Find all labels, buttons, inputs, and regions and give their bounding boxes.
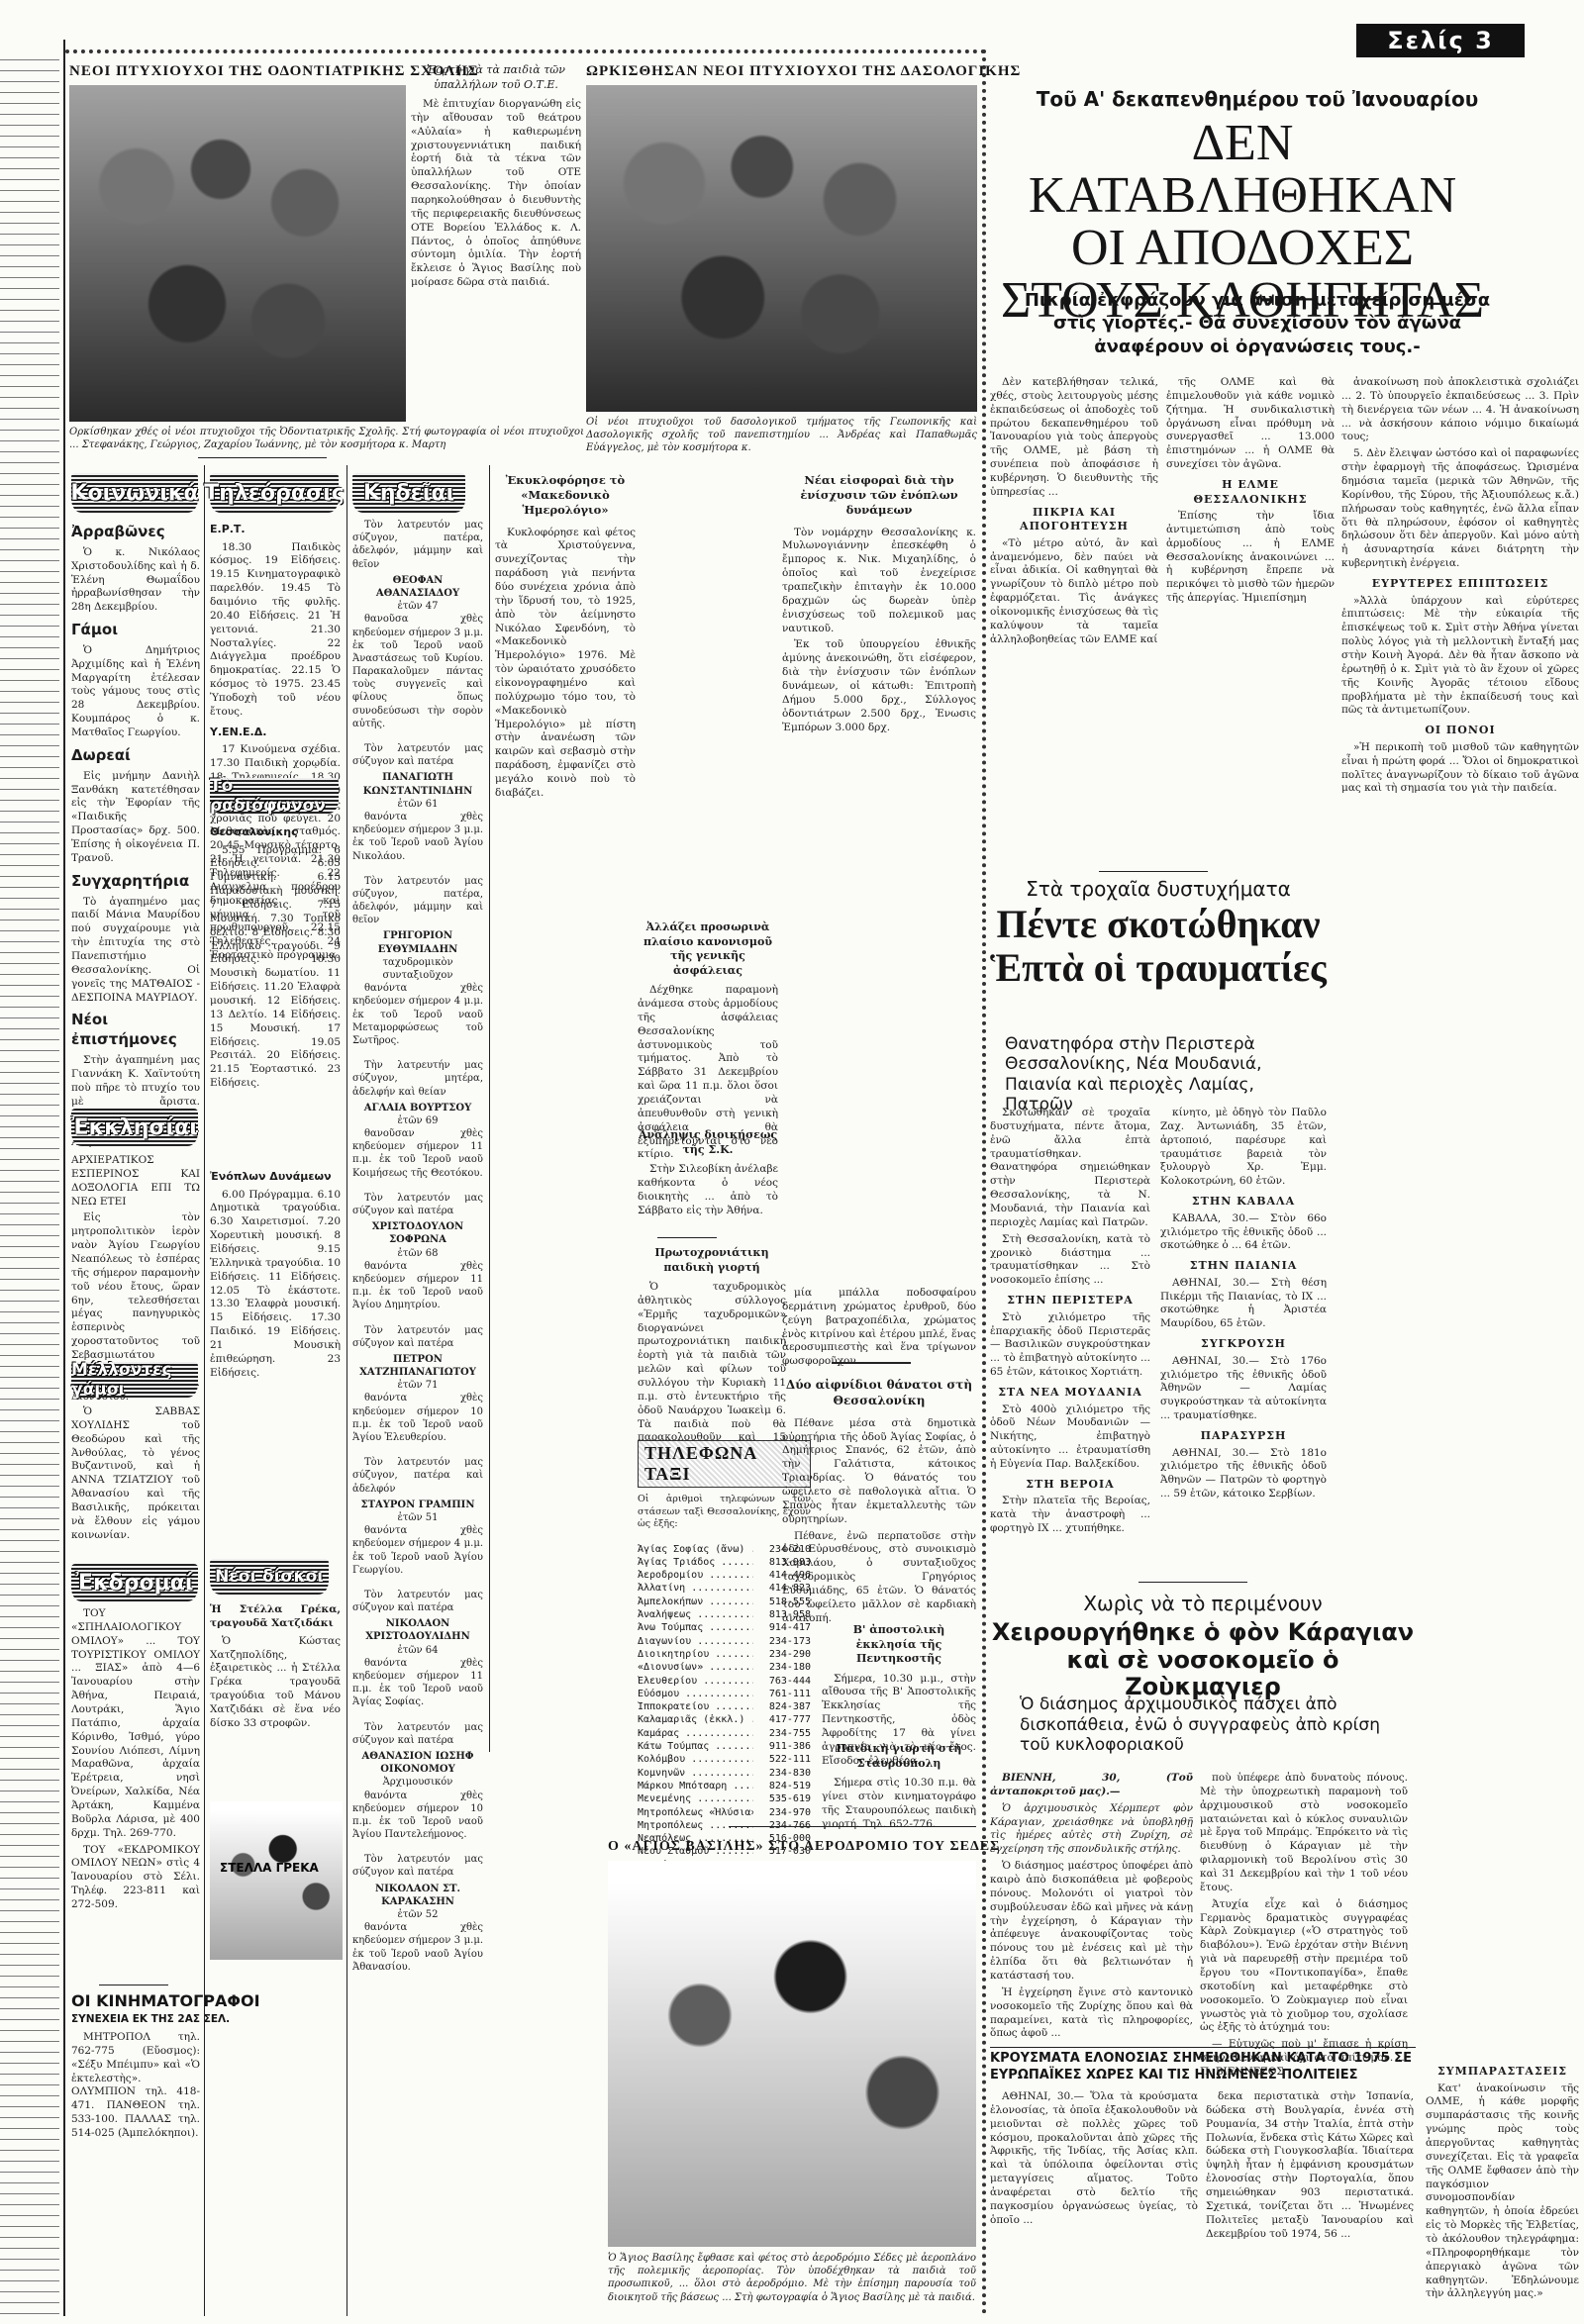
ekdromai-text: ΤΟΥ «ΣΠΗΛΑΙΟΛΟΓΙΚΟΥ ΟΜΙΛΟΥ» ... ΤΟΥ ΤΟΥΡ… (71, 1607, 200, 1841)
thysia-headline: Ἀνάληψις διοικήσεως τῆς Σ.Κ. (638, 1128, 778, 1157)
imerologio-article: Ἐκυκλοφόρησε τὸ «Μακεδονικὸ Ἡμερολόγιο» … (495, 473, 636, 804)
funeral-intro: Τὸν λατρευτόν μας σύζυγον καὶ πατέρα (352, 1324, 483, 1350)
taxi-row: Καλαμαριᾶς (ἐκκλ.)417-777 (638, 1713, 811, 1726)
lead-col3-text: ἀνακοίνωση ποὺ ἀποκλειστικὰ σχολιάζει ..… (1341, 376, 1579, 444)
subhead-moudania: ΣΤΑ ΝΕΑ ΜΟΥΔΑΝΙΑ (990, 1386, 1150, 1401)
radio-section-text: 5.55 Πρόγραμμα. 6 Εἰδήσεις. 6.05 Γυμναστ… (210, 844, 341, 1091)
accidents-col2-text: κίνητο, μὲ ὁδηγὸ τὸν Παῦλο Ζαχ. Ἀντωνιάδ… (1160, 1107, 1327, 1189)
subhead-kavala: ΣΤΗΝ ΚΑΒΑΛΑ (1160, 1195, 1327, 1210)
eisfora-headline: Νέαι εἰσφοραὶ διὰ τὴν ἐνίσχυσιν τῶν ἐνόπ… (782, 473, 976, 519)
protochronia-article: Πρωτοχρονιάτικη παιδικὴ γιορτή Ὁ ταχυδρο… (638, 1237, 786, 1462)
text-paiania: ΑΘΗΝΑΙ, 30.— Στὴ θέση Πικέρμι τῆς Παιανί… (1160, 1277, 1327, 1331)
radiofonon-banner: Τὸ ραδιόφωνον (210, 778, 339, 814)
malaria-column-2: δεκα περιστατικὰ στὴν Ἰσπανία, δώδεκα στ… (1206, 2090, 1414, 2244)
funeral-text: θανοῦσα χθὲς κηδεύομεν σήμερον 3 μ.μ. ἐκ… (352, 613, 483, 730)
karajan-dateline: ΒΙΕΝΝΗ, 30, (Τοῦ ἀνταποκριτοῦ μας).— (990, 1772, 1193, 1799)
funeral-intro: Τὸν λατρευτόν μας σύζυγον καὶ πατέρα (352, 1589, 483, 1614)
taxi-row: Διαγωνίου234-173 (638, 1635, 811, 1648)
sympatheia-section: ΣΥΜΠΑΡΑΣΤΑΣΕΙΣ Κατ' ἀνακοίνωσιν τῆς ΟΛΜΕ… (1426, 2059, 1579, 2304)
radio-section-title: Θεσσαλονίκης (210, 825, 341, 840)
subhead-parasyrsi: ΠΑΡΑΣΥΡΣΗ (1160, 1429, 1327, 1444)
eisfora-article: Νέαι εἰσφοραὶ διὰ τὴν ἐνίσχυσιν τῶν ἐνόπ… (782, 473, 976, 737)
decorative-border-right (982, 49, 988, 2316)
malaria-headline: ΚΡΟΥΣΜΑΤΑ ΕΛΟΝΟΣΙΑΣ ΣΗΜΕΙΩΘΗΚΑΝ ΚΑΤΑ ΤΟ … (990, 2051, 1416, 2084)
gutter-rule (63, 40, 65, 2316)
ekklisiai-banner: Ἐκκλησίαι (71, 1109, 198, 1146)
caption-divider (198, 457, 327, 458)
lead-kicker: Τοῦ Α' δεκαπενθημέρου τοῦ Ἰανουαρίου (1020, 87, 1495, 111)
thanatoi-text-2: Πέθανε, ἐνῶ περπατοῦσε στὴν ὁδὸ Εὐρυσθέν… (782, 1530, 976, 1626)
accidents-headline: Πέντε σκοτώθηκαν Ἑπτὰ οἱ τραυματίες (990, 903, 1327, 990)
ekdromai-banner: Ἐκδρομαί (71, 1564, 198, 1601)
neoi-diskoi-title: Ἡ Στέλλα Γρέκα, τραγουδᾶ Χατζιδάκι (210, 1603, 341, 1631)
funeral-name: ΘΕΟΦΑΝ ΑΘΑΝΑΣΙΑΔΟΥ (352, 574, 483, 600)
koinonika-section: Συγχαρητήρια Τὸ ἀγαπημένο μας παιδί Μάνι… (71, 872, 200, 1006)
lead-story-end-rule (1099, 871, 1208, 872)
funeral-name: ΧΡΙΣΤΟΔΟΥΛΟΝ ΣΟΦΡΩΝΑ (352, 1220, 483, 1246)
album-cover-photo: ΣΤΕΛΛΑ ΓΡΕΚΑ (210, 1801, 343, 1960)
apostoli-headline: Β' ἀποστολικὴ ἐκκλησία τῆς Πεντηκοστῆς (822, 1623, 976, 1667)
koinonika-section-title: Ἀρραβῶνες (71, 523, 200, 542)
article-divider (832, 1362, 911, 1364)
decorative-border-top (65, 49, 986, 55)
karajan-kicker: Χωρὶς νὰ τὸ περιμένουν (990, 1592, 1416, 1615)
ekklisiai-banner-text: Ἐκκλησίαι (71, 1115, 198, 1140)
agios-vasilis-headline: Ο «ΑΓΙΟΣ ΒΑΣΙΛΗΣ» ΣΤΟ ΑΕΡΟΔΡΟΜΙΟ ΤΟΥ ΣΕΔ… (608, 1839, 976, 1855)
ert-program: 18.30 Παιδικὸς κόσμος. 19 Εἰδήσεις. 19.1… (210, 541, 341, 720)
karajan-divider (1138, 1582, 1247, 1583)
radiofonon-column: Θεσσαλονίκης 5.55 Πρόγραμμα. 6 Εἰδήσεις.… (210, 820, 341, 1384)
page-label-text: Σελίς 3 (1387, 27, 1494, 54)
lead-column-1: Δὲν κατεβλήθησαν τελικά, χθές, στοὺς λει… (990, 376, 1158, 650)
taxi-row: Κομνηνῶν234-830 (638, 1767, 811, 1780)
koinonika-section: Γάμοι Ὁ Δημήτριος Ἀρχιμίδης καὶ ἡ Ἑλένη … (71, 621, 200, 740)
funeral-name: ΠΑΝΑΓΙΩΤΗ ΚΩΝΣΤΑΝΤΙΝΙΔΗΝ (352, 771, 483, 797)
karajan-col1-text-2: Ὁ διάσημος μαέστρος ὑποφέρει ἀπὸ καιρὸ ἀ… (990, 1860, 1193, 1984)
thanatoi-headline: Δύο αἰφνίδιοι θάνατοι στὴ Θεσσαλονίκη (782, 1378, 976, 1409)
dental-photo-caption: Ορκίσθηκαν χθές οἱ νέοι πτυχιοῦχοι τῆς Ὀ… (69, 426, 584, 451)
funeral-age: ἐτῶν 71 (352, 1379, 483, 1392)
lead-col2-text-2: Ἐπίσης τὴν ἴδια ἀντιμετώπιση ἀπὸ τοὺς ἀρ… (1166, 510, 1335, 606)
taxi-row: Κάτω Τούμπας911-386 (638, 1740, 811, 1753)
koinonika-section-text: Ὁ κ. Νικόλαος Χριστοδουλίδης καὶ ἡ δ. Ἑλ… (71, 546, 200, 615)
accidents-column-2: κίνητο, μὲ ὁδηγὸ τὸν Παῦλο Ζαχ. Ἀντωνιάδ… (1160, 1107, 1327, 1504)
lead-col2-text: τῆς ΟΛΜΕ καὶ θὰ ἐπιμελουθοῦν γιὰ κάθε νο… (1166, 376, 1335, 472)
ote-article-body: Μὲ ἐπιτυχίαν διοργανώθη εἰς τὴν αἴθουσαν… (411, 98, 581, 290)
funeral-age: ἐτῶν 52 (352, 1908, 483, 1921)
lead-col1-text-2: «Τὸ μέτρο αὐτό, ἂν καὶ ἀναμενόμενο, δὲν … (990, 537, 1158, 647)
tileorasis-banner: Τηλεόρασις (210, 473, 339, 513)
koinonika-section-title: Συγχαρητήρια (71, 872, 200, 892)
cinema-listings-text: ΜΗΤΡΟΠΟΛ τηλ. 762-775 (Εὔοσμος): «Σέξυ Μ… (71, 2031, 200, 2141)
funeral-name: ΣΤΑΥΡΟΝ ΓΡΑΜΠΙΝ (352, 1499, 483, 1511)
theft-article-tail: μία μπάλλα ποδοσφαίρου δερμάτινη χρώματο… (782, 1287, 976, 1372)
forestry-graduates-photo (586, 85, 977, 412)
funeral-intro: Τὸν λατρευτόν μας σύζυγον, πατέρα, ἀδελφ… (352, 519, 483, 571)
mellontes-gamoi-banner: Μέλλοντες γάμοι (71, 1362, 198, 1398)
funeral-name: ΑΘΑΝΑΣΙΟΝ ΙΩΣΗΦ ΟΙΚΟΝΟΜΟΥ (352, 1750, 483, 1776)
funeral-name: ΝΙΚΟΛΑΟΝ ΧΡΙΣΤΟΔΟΥΛΙΔΗΝ (352, 1617, 483, 1643)
lead-col3-text-2: 5. Δὲν ἔλειψαν ὡστόσο καὶ οἱ παραφωνίες … (1341, 447, 1579, 571)
forestry-photo-headline: ΩΡΚΙΣΘΗΣΑΝ ΝΕΟΙ ΠΤΥΧΙΟΥΧΟΙ ΤΗΣ ΔΑΣΟΛΟΓΙΚ… (586, 63, 982, 80)
ekdromai-banner-text: Ἐκδρομαί (76, 1571, 194, 1596)
koinonika-section-title: Δωρεαί (71, 746, 200, 766)
lead-headline-line: ΔΕΝ ΚΑΤΑΒΛΗΘΗΚΑΝ (990, 117, 1495, 222)
ote-article-headline: Ἑορτή γιὰ τὰ παιδιὰ τῶν ὑπαλλήλων τοῦ Ο.… (411, 63, 581, 92)
funeral-name: ΠΕΤΡΟΝ ΧΑΤΖΗΠΑΝΑΓΙΩΤΟΥ (352, 1353, 483, 1379)
lead-col3-subhead: ΕΥΡΥΤΕΡΕΣ ΕΠΙΠΤΩΣΕΙΣ (1341, 577, 1579, 592)
funeral-name: ΑΓΛΑΙΑ ΒΟΥΡΤΣΟΥ (352, 1102, 483, 1114)
taxi-row: Διοικητηρίου234-290 (638, 1648, 811, 1661)
taxi-row: Ἱπποκρατείου824-387 (638, 1700, 811, 1713)
funeral-notice: Τὸν λατρευτόν μας σύζυγον, πατέρα, ἀδελφ… (352, 875, 483, 1047)
taxi-row: Μενεμένης535-619 (638, 1792, 811, 1805)
sympatheia-text: Κατ' ἀνακοίνωσιν τῆς ΟΛΜΕ, ἡ κάθε μορφῆς… (1426, 2082, 1579, 2302)
paidiki-article: Παιδικὴ γιορτὴ στὴ Σταυρούπολη Σήμερα στ… (822, 1742, 976, 1834)
funeral-notice: Τὸν λατρευτόν μας σύζυγον, πατέρα, ἀδελφ… (352, 519, 483, 730)
protochronia-headline: Πρωτοχρονιάτικη παιδικὴ γιορτή (638, 1246, 786, 1275)
karajan-headline-line: Χειρουργήθηκε ὁ φὸν Κάραγιαν (990, 1619, 1416, 1647)
malaria-column-1: ΑΘΗΝΑΙ, 30.— Ὅλα τὰ κρούσματα ἑλονοσίας,… (990, 2090, 1198, 2231)
funeral-text: θανόντα χθὲς κηδεύομεν σήμερον 3 μ.μ. ἐκ… (352, 811, 483, 863)
text-sygkrousi: ΑΘΗΝΑΙ, 30.— Στὸ 176ο χιλιόμετρο τῆς ἐθν… (1160, 1355, 1327, 1423)
karajan-headline-line: καὶ σὲ νοσοκομεῖο ὁ Ζοὺκμαγιερ (990, 1647, 1416, 1701)
cinema-divider (99, 1985, 168, 1985)
lead-col3-subhead-2: ΟΙ ΠΟΝΟΙ (1341, 724, 1579, 738)
funeral-name: ΝΙΚΟΛΑΟΝ ΣΤ. ΚΑΡΑΚΑΣΗΝ (352, 1883, 483, 1908)
ote-article: Ἑορτή γιὰ τὰ παιδιὰ τῶν ὑπαλλήλων τοῦ Ο.… (411, 63, 581, 293)
lead-col1-text: Δὲν κατεβλήθησαν τελικά, χθές, στοὺς λει… (990, 376, 1158, 500)
funeral-age: ἐτῶν 47 (352, 600, 483, 613)
theft-text: μία μπάλλα ποδοσφαίρου δερμάτινη χρώματο… (782, 1287, 976, 1369)
koinonika-section-title: Γάμοι (71, 621, 200, 640)
accidents-column-1: Σκοτώθηκαν σὲ τροχαῖα δυστυχήματα, πέντε… (990, 1107, 1150, 1539)
funeral-intro: Τὸν λατρευτόν μας σύζυγον, πατέρα καὶ ἀδ… (352, 1456, 483, 1496)
accidents-headline-line: Ἑπτὰ οἱ τραυματίες (990, 946, 1327, 990)
funeral-age: ἐτῶν 68 (352, 1247, 483, 1260)
funeral-intro: Τὸν λατρευτόν μας σύζυγον, πατέρα, ἀδελφ… (352, 875, 483, 927)
text-parasyrsi: ΑΘΗΝΑΙ, 30.— Στὸ 181ο χιλιόμετρο τῆς ἐθν… (1160, 1447, 1327, 1501)
funeral-intro: Τὸν λατρευτόν μας σύζυγον καὶ πατέρα (352, 1721, 483, 1747)
funeral-age: ἐτῶν 51 (352, 1511, 483, 1524)
funeral-notice: Τὸν λατρευτόν μας σύζυγον καὶ πατέρα ΝΙΚ… (352, 1589, 483, 1709)
taxi-row: Μάρκου Μπότσαρη824-519 (638, 1780, 811, 1792)
thanatoi-article: Δύο αἰφνίδιοι θάνατοι στὴ Θεσσαλονίκη Πέ… (782, 1362, 976, 1629)
tileorasis-banner-text: Τηλεόρασις (204, 481, 345, 506)
koinonika-section-text: Ὁ Δημήτριος Ἀρχιμίδης καὶ ἡ Ἑλένη Μαργαρ… (71, 644, 200, 740)
accidents-col1-text-2: Στὴ Θεσσαλονίκη, κατὰ τὸ χρονικὸ διάστημ… (990, 1233, 1150, 1288)
thysia-text: Στὴν Σιλεοβίκη ἀνέλαβε καθήκοντα ὁ νέος … (638, 1163, 778, 1217)
album-cover-label: ΣΤΕΛΛΑ ΓΡΕΚΑ (220, 1861, 319, 1875)
yened-title: Υ.ΕΝ.Ε.Δ. (210, 726, 341, 740)
koinonika-banner: Κοινωνικά (71, 473, 198, 513)
agios-vasilis-photo (608, 1861, 976, 2247)
funeral-notice: Τὸν λατρευτόν μας σύζυγον καὶ πατέρα ΝΙΚ… (352, 1853, 483, 1974)
funeral-notice: Τὸν λατρευτόν μας σύζυγον, πατέρα καὶ ἀδ… (352, 1456, 483, 1577)
funeral-intro: Τὸν λατρευτόν μας σύζυγον καὶ πατέρα (352, 742, 483, 768)
forestry-photo-caption: Οἱ νέοι πτυχιοῦχοι τοῦ δασολογικοῦ τμήμα… (586, 416, 977, 455)
koinonika-section: Δωρεαί Εἰς μνήμην Δανιὴλ Ξανθάκη κατετέθ… (71, 746, 200, 866)
lead-headline-line: ΟΙ ΑΠΟΔΟΧΕΣ (990, 222, 1495, 274)
funeral-text: θανόντα χθὲς κηδεύομεν σήμερον 4 μ.μ. ἐκ… (352, 1524, 483, 1577)
funeral-age: ἐτῶν 69 (352, 1114, 483, 1127)
malaria-col1-text: ΑΘΗΝΑΙ, 30.— Ὅλα τὰ κρούσματα ἑλονοσίας,… (990, 2090, 1198, 2228)
funeral-name: ΓΡΗΓΟΡΙΟΝ ΕΥΘΥΜΙΑΔΗΝ (352, 929, 483, 955)
article-divider (657, 1237, 717, 1238)
neoi-diskoi-banner: Νέοι δίσκοι (210, 1559, 329, 1595)
karajan-column-1: ΒΙΕΝΝΗ, 30, (Τοῦ ἀνταποκριτοῦ μας).— Ὁ ἀ… (990, 1772, 1193, 2044)
funeral-intro: Τὸν λατρευτόν μας σύζυγον καὶ πατέρα (352, 1192, 483, 1217)
funeral-age: ἐτῶν 64 (352, 1644, 483, 1657)
funeral-age: ἐτῶν 61 (352, 798, 483, 811)
column-rule (489, 465, 490, 1752)
funeral-text: θανόντα χθὲς κηδεύομεν σήμερον 11 π.μ. ἐ… (352, 1657, 483, 1709)
radio-section-title: Ἐνόπλων Δυνάμεων (210, 1170, 341, 1185)
ert-title: Ε.Ρ.Τ. (210, 523, 341, 537)
page-label: Σελίς 3 (1356, 24, 1525, 57)
accidents-deck: Θανατηφόρα στὴν Περιστερὰ Θεσσαλονίκης, … (1005, 1034, 1312, 1115)
taxi-banner-text: ΤΗΛΕΦΩΝΑ ΤΑΞΙ (644, 1443, 756, 1484)
ekklisiai-title: ΑΡΧΙΕΡΑΤΙΚΟΣ ΕΣΠΕΡΙΝΟΣ ΚΑΙ ΔΟΞΟΛΟΓΙΑ ΕΠΙ… (71, 1154, 200, 1209)
dental-graduates-photo (69, 85, 406, 422)
funeral-text: θανόντα χθὲς κηδεύομεν σήμερον 10 π.μ. ἐ… (352, 1790, 483, 1842)
photo-divider (729, 1826, 976, 1827)
text-peristera: Στὸ χιλιόμετρο τῆς ἐπαρχιακῆς ὁδοῦ Περισ… (990, 1311, 1150, 1380)
karajan-col1-text: Ὁ ἀρχιμουσικὸς Χέρμπερτ φὸν Κάραγιαν, χρ… (990, 1802, 1193, 1857)
cinema-listings: ΜΗΤΡΟΠΟΛ τηλ. 762-775 (Εὔοσμος): «Σέξυ Μ… (71, 2031, 200, 2144)
lead-col2-subhead: Η ΕΛΜΕ ΘΕΣΣΑΛΟΝΙΚΗΣ (1166, 478, 1335, 507)
protochronia-text: Ὁ ταχυδρομικὸς ἀθλητικὸς σύλλογος «Ἑρμῆς… (638, 1281, 786, 1459)
karajan-deck: Ὁ διάσημος ἀρχιμουσικὸς πάσχει ἀπὸ δισκο… (1020, 1695, 1396, 1756)
funeral-age: Ἀρχιμουσικόν (352, 1776, 483, 1789)
lead-column-3: ἀνακοίνωση ποὺ ἀποκλειστικὰ σχολιάζει ..… (1341, 376, 1579, 799)
accidents-col1-text: Σκοτώθηκαν σὲ τροχαῖα δυστυχήματα, πέντε… (990, 1107, 1150, 1230)
funeral-intro: Τὸν λατρευτόν μας σύζυγον καὶ πατέρα (352, 1853, 483, 1879)
text-kavala: ΚΑΒΑΛΑ, 30.— Στὸν 66ο χιλιόμετρο τῆς ἐθν… (1160, 1212, 1327, 1254)
karajan-column-2: ποὺ ὑπέφερε ἀπὸ δυνατοὺς πόνους. Μὲ τὴν … (1200, 1772, 1408, 2082)
agios-vasilis-caption: Ὁ Ἅγιος Βασίλης ἔφθασε καὶ φέτος στὸ ἀερ… (608, 2252, 976, 2304)
koinonika-section-text: Τὸ ἀγαπημένο μας παιδί Μάνια Μαυρίδου πο… (71, 896, 200, 1006)
mellontes-gamoi-banner-text: Μέλλοντες γάμοι (71, 1360, 198, 1400)
funeral-age: ταχυδρομικὸν συνταξιοῦχον (352, 956, 483, 982)
paidiki-headline: Παιδικὴ γιορτὴ στὴ Σταυρούπολη (822, 1742, 976, 1771)
radiofonon-banner-text: Τὸ ραδιόφωνον (210, 776, 339, 816)
sympatheia-subhead: ΣΥΜΠΑΡΑΣΤΑΣΕΙΣ (1426, 2065, 1579, 2080)
lead-col3-text-3: »Ἀλλὰ ὑπάρχουν καὶ εὐρύτερες ἐπιπτώσεις:… (1341, 595, 1579, 719)
eisfora-text: Τὸν νομάρχην Θεσσαλονίκης κ. Μυλωνογιάνν… (782, 527, 976, 636)
subhead-veria: ΣΤΗ ΒΕΡΟΙΑ (990, 1478, 1150, 1493)
karajan-headline: Χειρουργήθηκε ὁ φὸν Κάραγιαν καὶ σὲ νοσο… (990, 1619, 1416, 1701)
taxi-row: Εὐόσμου761-111 (638, 1688, 811, 1700)
ekdromai-column: ΤΟΥ «ΣΠΗΛΑΙΟΛΟΓΙΚΟΥ ΟΜΙΛΟΥ» ... ΤΟΥ ΤΟΥΡ… (71, 1607, 200, 1915)
accidents-kicker: Στὰ τροχαῖα δυστυχήματα (990, 877, 1327, 901)
kideiai-column: Τὸν λατρευτόν μας σύζυγον, πατέρα, ἀδελφ… (352, 519, 483, 1985)
paidiki-text: Σήμερα στὶς 10.30 π.μ. θὰ γίνει στὸν κιν… (822, 1777, 976, 1831)
neoi-diskoi-column: Ἡ Στέλλα Γρέκα, τραγουδᾶ Χατζιδάκι Ὁ Κώσ… (210, 1603, 341, 1734)
neoi-diskoi-banner-text: Νέοι δίσκοι (215, 1567, 324, 1587)
malaria-rule (990, 2047, 1416, 2048)
kideiai-banner: Κηδεῖαι (352, 473, 465, 513)
malaria-col2-text: δεκα περιστατικὰ στὴν Ἰσπανία, δώδεκα στ… (1206, 2090, 1414, 2241)
neoi-diskoi-text: Ὁ Κώστας Χατζηπολίδης, ἐξαιρετικὸς ... ἡ… (210, 1635, 341, 1731)
radio-section-text: 6.00 Πρόγραμμα. 6.10 Δημοτικὰ τραγούδια.… (210, 1189, 341, 1381)
text-veria: Στὴν πλατεῖα τῆς Βεροίας, κατὰ τὴν ἀναστ… (990, 1495, 1150, 1536)
lead-deck: Πικρία ἐκφράζουν γιὰ ἄνιση μεταχείριση μ… (1020, 289, 1495, 358)
imerologio-text: Κυκλοφόρησε καὶ φέτος τὰ Χριστούγεννα, σ… (495, 527, 636, 801)
column-rule (346, 465, 347, 2316)
imerologio-headline: Ἐκυκλοφόρησε τὸ «Μακεδονικὸ Ἡμερολόγιο» (495, 473, 636, 519)
lead-col1-subhead: ΠΙΚΡΙΑ ΚΑΙ ΑΠΟΓΟΗΤΕΥΣΗ (990, 506, 1158, 534)
koinonika-banner-text: Κοινωνικά (70, 481, 198, 506)
mellontes-gamoi-column: Ὁ ΣΑΒΒΑΣ ΧΟΥΛΙΔΗΣ τοῦ Θεοδώρου καὶ τῆς Ἀ… (71, 1405, 200, 1546)
koinonika-section: Ἀρραβῶνες Ὁ κ. Νικόλαος Χριστοδουλίδης κ… (71, 523, 200, 615)
text-moudania: Στὸ 400ὸ χιλιόμετρο τῆς ὁδοῦ Νέων Μουδαν… (990, 1404, 1150, 1472)
funeral-notice: Τὸν λατρευτόν μας σύζυγον καὶ πατέρα ΠΕΤ… (352, 1324, 483, 1445)
column-rule (204, 465, 205, 2316)
karajan-col2-text-2: Ἀτυχία εἶχε καὶ ὁ διάσημος Γερμανὸς δραμ… (1200, 1898, 1408, 2036)
taxi-row: Ἐλευθερίου763-444 (638, 1675, 811, 1688)
funeral-text: θανόντα χθὲς κηδεύομεν σήμερον 10 π.μ. ἐ… (352, 1392, 483, 1444)
subhead-peristera: ΣΤΗΝ ΠΕΡΙΣΤΕΡΑ (990, 1294, 1150, 1308)
cinema-subtitle: ΣΥΝΕΧΕΙΑ ΕΚ ΤΗΣ 2ΑΣ ΣΕΛ. (71, 2013, 210, 2025)
funeral-text: θανόντα χθὲς κηδεύομεν σήμερον 4 μ.μ. ἐκ… (352, 982, 483, 1047)
koinonika-section-text: Εἰς μνήμην Δανιὴλ Ξανθάκη κατετέθησαν εἰ… (71, 770, 200, 866)
taxi-row: «Διονυσίων»234-180 (638, 1661, 811, 1674)
funeral-notice: Τὴν λατρευτήν μας σύζυγον, μητέρα, ἀδελφ… (352, 1059, 483, 1180)
funeral-text: θανόντα χθὲς κηδεύομεν σήμερον 11 π.μ. ἐ… (352, 1260, 483, 1312)
cinema-title: ΟΙ ΚΙΝΗΜΑΤΟΓΡΑΦΟΙ (71, 1991, 210, 2010)
eisfora-text-2: Ἐκ τοῦ ὑπουργείου ἐθνικῆς ἀμύνης ἀνεκοιν… (782, 638, 976, 734)
taxi-row: Μητροπόλεως «Ἠλύσια»234-970 (638, 1806, 811, 1819)
funeral-text: θανοῦσαν χθὲς κηδεύομεν σήμερον 11 π.μ. … (352, 1127, 483, 1180)
taxi-row: Κολόμβου522-111 (638, 1753, 811, 1766)
mellontes-gamoi-text: Ὁ ΣΑΒΒΑΣ ΧΟΥΛΙΔΗΣ τοῦ Θεοδώρου καὶ τῆς Ἀ… (71, 1405, 200, 1543)
taxi-row: Καμάρας234-755 (638, 1727, 811, 1740)
subhead-paiania: ΣΤΗΝ ΠΑΙΑΝΙΑ (1160, 1259, 1327, 1274)
koinonika-section-title: Νέοι ἐπιστήμονες (71, 1011, 200, 1050)
subhead-sygkrousi: ΣΥΓΚΡΟΥΣΗ (1160, 1337, 1327, 1352)
funeral-intro: Τὴν λατρευτήν μας σύζυγον, μητέρα, ἀδελφ… (352, 1059, 483, 1099)
lead-column-2: τῆς ΟΛΜΕ καὶ θὰ ἐπιμελουθοῦν γιὰ κάθε νο… (1166, 376, 1335, 609)
karajan-col2-text: ποὺ ὑπέφερε ἀπὸ δυνατοὺς πόνους. Μὲ τὴν … (1200, 1772, 1408, 1895)
thysia-article: Ἀνάληψις διοικήσεως τῆς Σ.Κ. Στὴν Σιλεοβ… (638, 1128, 778, 1220)
adjacent-page-edge (0, 59, 59, 2316)
kideiai-banner-text: Κηδεῖαι (363, 481, 454, 506)
asfaleia-headline: Ἀλλάζει προσωρινὰ πλαίσιο κανονισμοῦ τῆς… (638, 920, 778, 978)
thanatoi-text: Πέθανε μέσα στὰ δημοτικὰ οὐρητήρια τῆς ὁ… (782, 1417, 976, 1527)
funeral-notice: Τὸν λατρευτόν μας σύζυγον καὶ πατέρα ΠΑΝ… (352, 742, 483, 863)
karajan-col1-text-3: Ἡ ἐγχείρηση ἔγινε στὸ καντονικὸ νοσοκομε… (990, 1986, 1193, 2041)
accidents-headline-line: Πέντε σκοτώθηκαν (990, 903, 1327, 946)
funeral-notice: Τὸν λατρευτόν μας σύζυγον καὶ πατέρα ΧΡΙ… (352, 1192, 483, 1312)
ekdromai-text-2: ΤΟΥ «ΕΚΔΡΟΜΙΚΟΥ ΟΜΙΛΟΥ ΝΕΩΝ» στὶς 4 Ἰανο… (71, 1844, 200, 1912)
funeral-notice: Τὸν λατρευτόν μας σύζυγον καὶ πατέρα ΑΘΑ… (352, 1721, 483, 1842)
funeral-text: θανόντα χθὲς κηδεύομεν σήμερον 3 μ.μ. ἐκ… (352, 1921, 483, 1974)
koinonika-column: Ἀρραβῶνες Ὁ κ. Νικόλαος Χριστοδουλίδης κ… (71, 517, 200, 1153)
dental-photo-headline: ΝΕΟΙ ΠΤΥΧΙΟΥΧΟΙ ΤΗΣ ΟΔΟΝΤΙΑΤΡΙΚΗΣ ΣΧΟΛΗΣ (69, 63, 406, 80)
lead-col3-text-4: »Ἡ περικοπὴ τοῦ μισθοῦ τῶν καθηγητῶν εἶν… (1341, 741, 1579, 796)
